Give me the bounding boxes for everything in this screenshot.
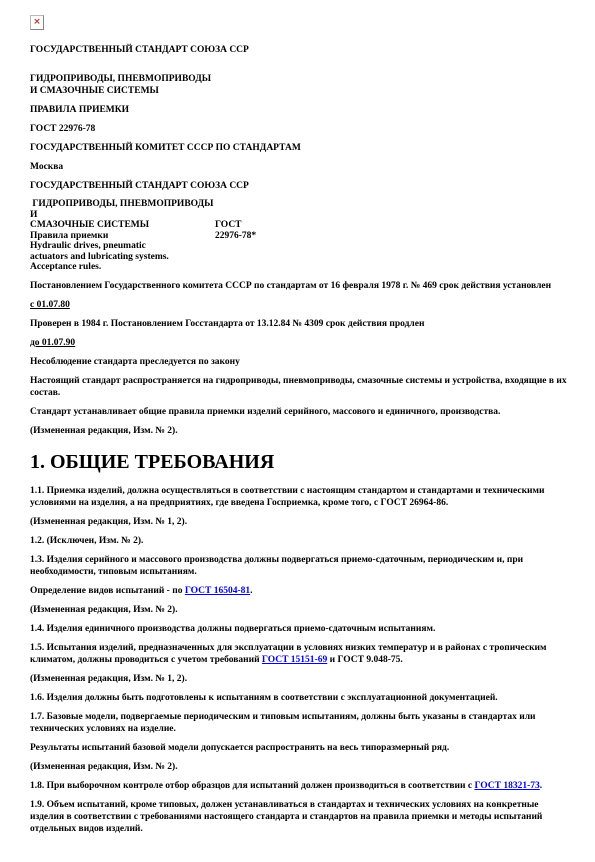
text-run: (Измененная редакция, Изм. № 2). — [30, 762, 178, 772]
clause-1-7-note: Результаты испытаний базовой модели допу… — [30, 742, 568, 754]
text-run: . — [250, 586, 252, 596]
document-body: ×ГОСУДАРСТВЕННЫЙ СТАНДАРТ СОЮЗА ССРГИДРО… — [0, 0, 595, 862]
text-run: Проверен в 1984 г. Постановлением Госста… — [30, 319, 424, 329]
clause-1-9: 1.9. Объем испытаний, кроме типовых, дол… — [30, 799, 568, 835]
text-run: 1.3. Изделия серийного и массового произ… — [30, 555, 525, 577]
text-run: (Измененная редакция, Изм. № 2). — [30, 605, 178, 615]
clause-1-4: 1.4. Изделия единичного производства дол… — [30, 623, 568, 635]
text-run: Настоящий стандарт распространяется на г… — [30, 376, 569, 398]
text-run: (Измененная редакция, Изм. № 2). — [30, 426, 178, 436]
text-run: Стандарт устанавливает общие правила при… — [30, 407, 500, 417]
broken-image-x-glyph: × — [33, 17, 41, 27]
law-notice: Несоблюдение стандарта преследуется по з… — [30, 356, 568, 368]
text-run: 1.6. Изделия должны быть подготовлены к … — [30, 693, 498, 703]
text-run: 1.4. Изделия единичного производства дол… — [30, 624, 435, 634]
scope-paragraph: Настоящий стандарт распространяется на г… — [30, 375, 568, 399]
clause-1-6: 1.6. Изделия должны быть подготовлены к … — [30, 692, 568, 704]
purpose-paragraph: Стандарт устанавливает общие правила при… — [30, 406, 568, 418]
clause-1-2: 1.2. (Исключен, Изм. № 2). — [30, 535, 568, 547]
decree-paragraph: Постановлением Государственного комитета… — [30, 280, 568, 292]
text-run: ПРАВИЛА ПРИЕМКИ — [30, 105, 129, 115]
text-run: Результаты испытаний базовой модели допу… — [30, 743, 449, 753]
text-run: (Измененная редакция, Изм. № 1, 2). — [30, 674, 187, 684]
clause-1-8: 1.8. При выборочном контроле отбор образ… — [30, 780, 568, 792]
title-block: ГИДРОПРИВОДЫ, ПНЕВМОПРИВОДЫ И СМАЗОЧНЫЕ … — [30, 199, 568, 273]
header-city: Москва — [30, 161, 568, 173]
text-run: Определение видов испытаний - по — [30, 586, 185, 596]
text-run: ГОСТ 22976-78 — [30, 124, 95, 134]
gost-link-16504-81[interactable]: ГОСТ 16504-81 — [185, 586, 250, 596]
effective-date: с 01.07.80 — [30, 299, 568, 311]
broken-image-icon: × — [30, 15, 44, 30]
text-run: с 01.07.80 — [30, 300, 70, 310]
text-run: ГОСУДАРСТВЕННЫЙ КОМИТЕТ СССР ПО СТАНДАРТ… — [30, 143, 301, 153]
text-run: 1. ОБЩИЕ ТРЕБОВАНИЯ — [30, 451, 274, 473]
checked-paragraph: Проверен в 1984 г. Постановлением Госста… — [30, 318, 568, 330]
text-run: 1.1. Приемка изделий, должна осуществлят… — [30, 486, 547, 508]
text-run: 1.8. При выборочном контроле отбор образ… — [30, 781, 474, 791]
section-1-heading: 1. ОБЩИЕ ТРЕБОВАНИЯ — [30, 451, 568, 473]
clause-1-3: 1.3. Изделия серийного и массового произ… — [30, 554, 568, 578]
text-run: ГИДРОПРИВОДЫ, ПНЕВМОПРИВОДЫ И СМАЗОЧНЫЕ … — [30, 74, 211, 96]
broken-image-wrap: × — [30, 15, 568, 30]
title-block-left: ГИДРОПРИВОДЫ, ПНЕВМОПРИВОДЫ И СМАЗОЧНЫЕ … — [30, 199, 215, 273]
extended-date: до 01.07.90 — [30, 337, 568, 349]
amendment-note: (Измененная редакция, Изм. № 1, 2). — [30, 516, 568, 528]
amendment-note: (Измененная редакция, Изм. № 1, 2). — [30, 673, 568, 685]
clause-1-7: 1.7. Базовые модели, подвергаемые период… — [30, 711, 568, 735]
amendment-note: (Измененная редакция, Изм. № 2). — [30, 425, 568, 437]
header-subject: ГИДРОПРИВОДЫ, ПНЕВМОПРИВОДЫ И СМАЗОЧНЫЕ … — [30, 73, 568, 97]
text-run: . — [540, 781, 542, 791]
text-run: 1.7. Базовые модели, подвергаемые период… — [30, 712, 538, 734]
gost-link-15151-69[interactable]: ГОСТ 15151-69 — [262, 655, 327, 665]
clause-1-1: 1.1. Приемка изделий, должна осуществлят… — [30, 485, 568, 509]
title-standard-type: ГОСУДАРСТВЕННЫЙ СТАНДАРТ СОЮЗА ССР — [30, 180, 568, 192]
test-types-reference: Определение видов испытаний - по ГОСТ 16… — [30, 585, 568, 597]
text-run: ГОСУДАРСТВЕННЫЙ СТАНДАРТ СОЮЗА ССР — [30, 181, 249, 191]
text-run: до 01.07.90 — [30, 338, 75, 348]
text-run: Постановлением Государственного комитета… — [30, 281, 551, 291]
header-committee: ГОСУДАРСТВЕННЫЙ КОМИТЕТ СССР ПО СТАНДАРТ… — [30, 142, 568, 154]
text-run: Москва — [30, 162, 63, 172]
gost-number-cell: ГОСТ 22976-78* — [215, 220, 256, 273]
text-run: ГОСУДАРСТВЕННЫЙ СТАНДАРТ СОЮЗА ССР — [30, 45, 249, 55]
text-run: Несоблюдение стандарта преследуется по з… — [30, 357, 240, 367]
text-run: и ГОСТ 9.048-75. — [327, 655, 403, 665]
text-run: 1.2. (Исключен, Изм. № 2). — [30, 536, 143, 546]
text-run: 1.9. Объем испытаний, кроме типовых, дол… — [30, 800, 545, 834]
header-standard-type: ГОСУДАРСТВЕННЫЙ СТАНДАРТ СОЮЗА ССР — [30, 44, 568, 56]
header-gost-number: ГОСТ 22976-78 — [30, 123, 568, 135]
header-rules: ПРАВИЛА ПРИЕМКИ — [30, 104, 568, 116]
text-run: (Измененная редакция, Изм. № 1, 2). — [30, 517, 187, 527]
amendment-note: (Измененная редакция, Изм. № 2). — [30, 604, 568, 616]
amendment-note: (Измененная редакция, Изм. № 2). — [30, 761, 568, 773]
clause-1-5: 1.5. Испытания изделий, предназначенных … — [30, 642, 568, 666]
gost-link-18321-73[interactable]: ГОСТ 18321-73 — [474, 781, 539, 791]
